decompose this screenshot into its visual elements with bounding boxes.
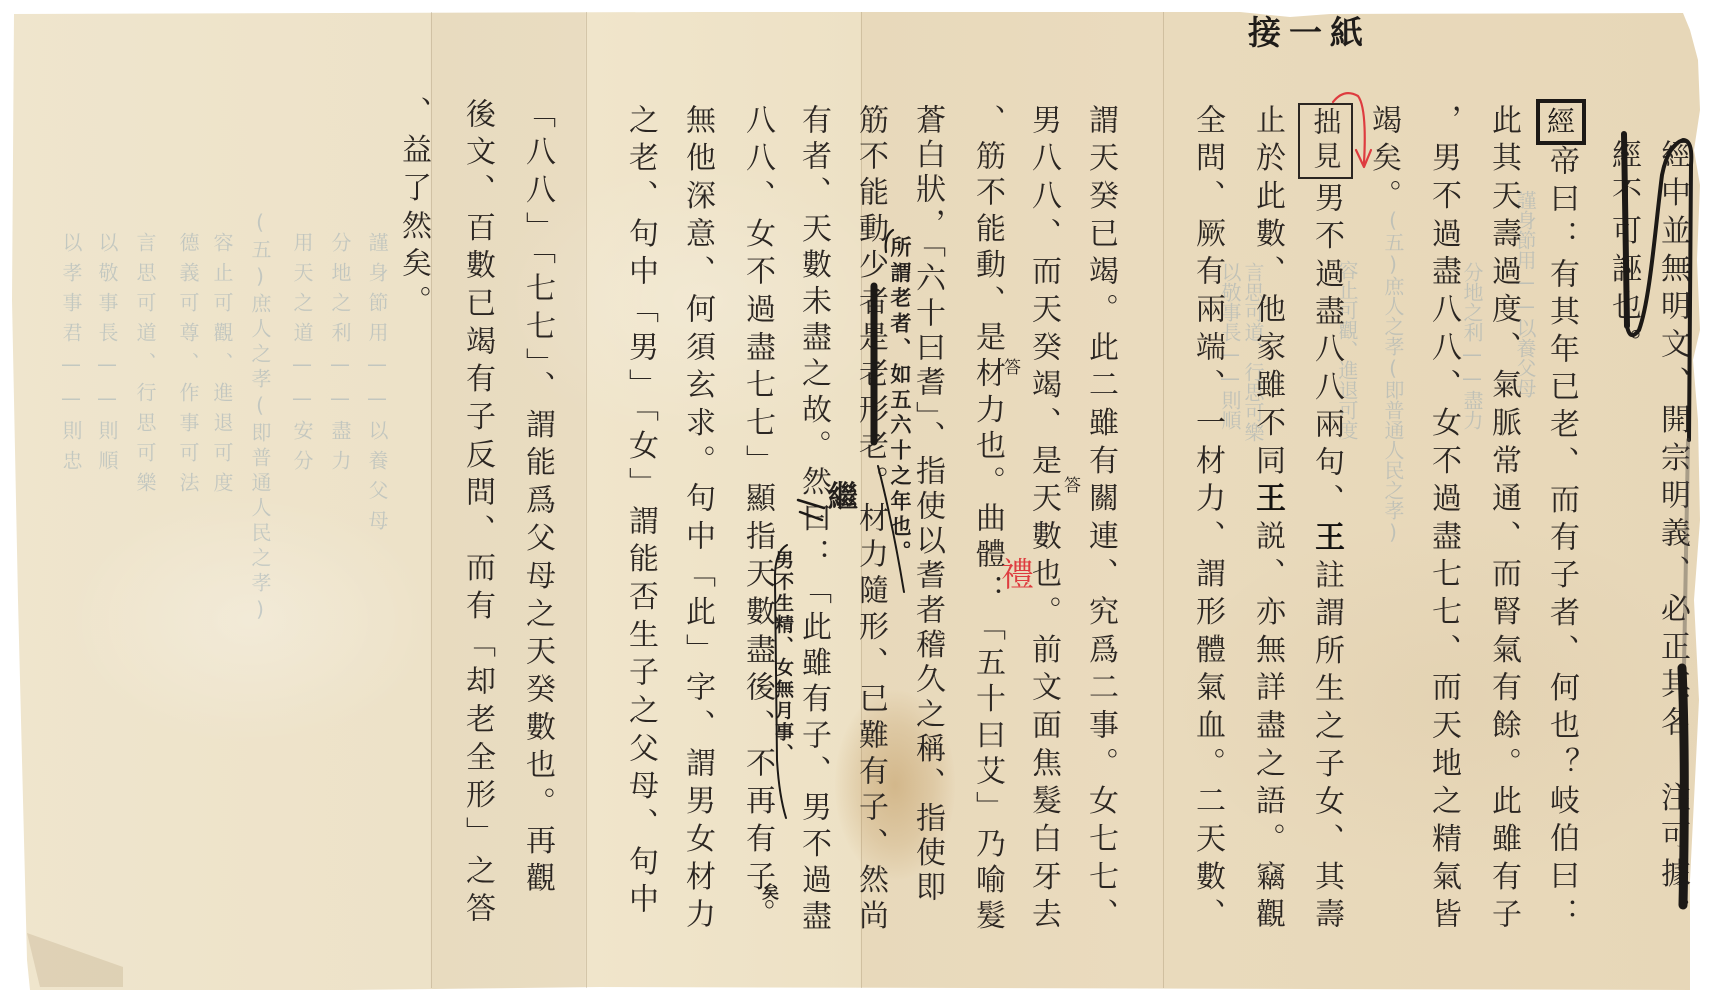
red-arrow-icon xyxy=(1333,93,1365,163)
faint-strike-line xyxy=(1684,440,1688,668)
insert-bracket xyxy=(878,466,904,592)
cross-out-mark xyxy=(798,500,824,520)
manuscript-page: 謹身節用——以養父母 分地之利——盡力 用天之道——安分 (五)庶人之孝(即普通… xyxy=(0,0,1717,1000)
circling-loop xyxy=(1627,140,1691,440)
insert-bracket xyxy=(886,230,893,252)
insert-bracket xyxy=(775,545,787,818)
strike-through-line xyxy=(1682,668,1684,905)
circling-loop xyxy=(1624,134,1627,326)
ink-markings xyxy=(0,0,1717,1000)
